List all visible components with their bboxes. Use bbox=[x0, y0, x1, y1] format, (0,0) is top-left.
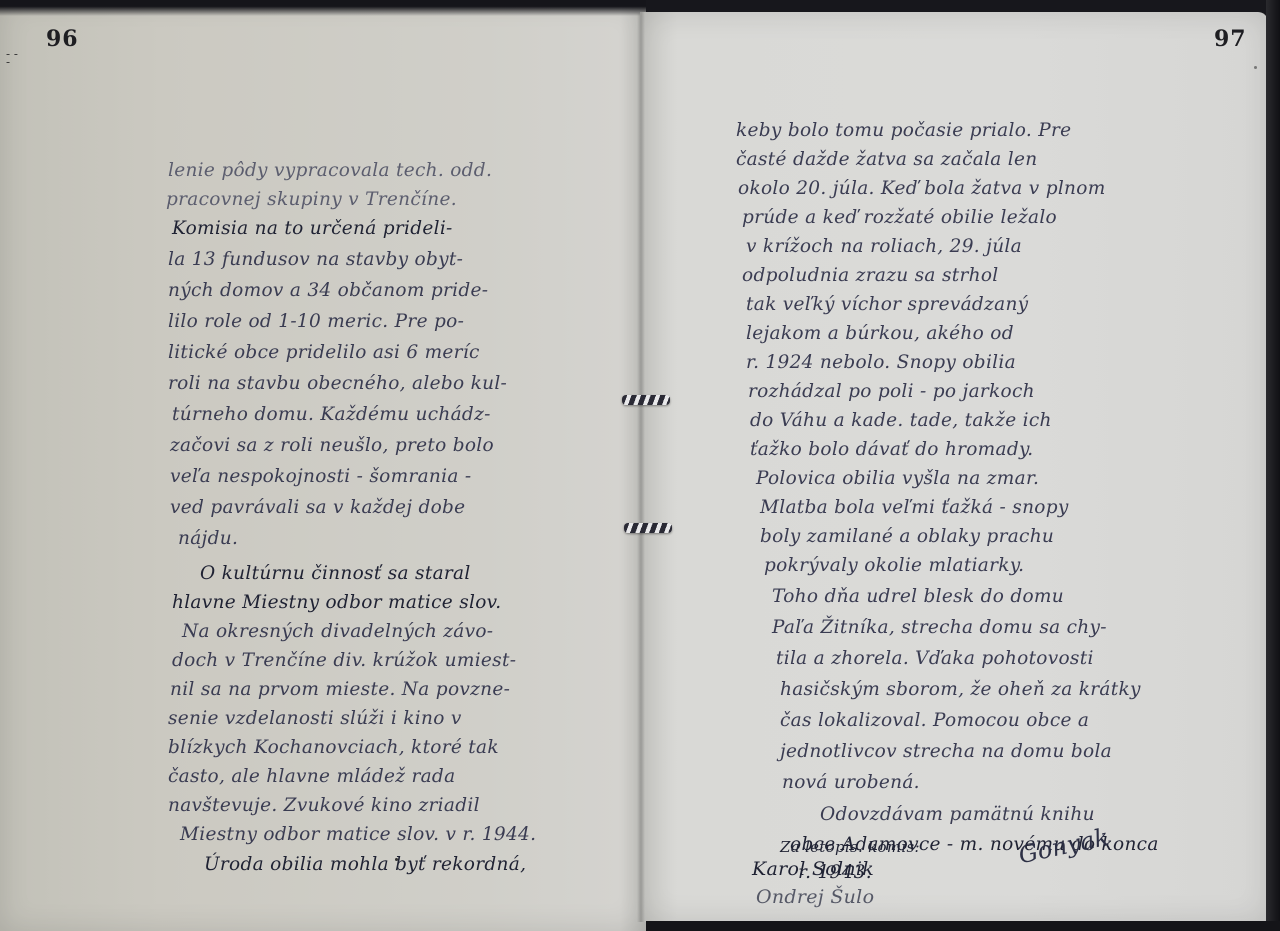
handwritten-line: ved pavrávali sa v každej dobe bbox=[170, 497, 465, 518]
handwritten-line: okolo 20. júla. Keď bola žatva v plnom bbox=[738, 178, 1106, 199]
handwritten-line: senie vzdelanosti slúži i kino v bbox=[168, 708, 462, 729]
handwritten-line: pokrývaly okolie mlatiarky. bbox=[764, 555, 1024, 576]
page-number-left: 96 bbox=[46, 26, 79, 52]
binding-stitch bbox=[622, 395, 670, 405]
handwritten-line: nájdu. bbox=[178, 528, 238, 549]
handwritten-line: lejakom a búrkou, akého od bbox=[746, 323, 1014, 344]
handwritten-line: Mlatba bola veľmi ťažká - snopy bbox=[760, 497, 1069, 518]
book-gutter bbox=[637, 12, 645, 922]
handwritten-line: boly zamilané a oblaky prachu bbox=[760, 526, 1054, 547]
handwritten-line: veľa nespokojnosti - šomrania - bbox=[170, 466, 471, 487]
handwritten-line: ných domov a 34 občanom pride- bbox=[168, 280, 488, 301]
handwritten-line: túrneho domu. Každému uchádz- bbox=[172, 404, 491, 425]
handwritten-line: la 13 fundusov na stavby obyt- bbox=[168, 249, 463, 270]
handwritten-line: Komisia na to určená prideli- bbox=[172, 218, 453, 239]
right-edge-shadow bbox=[1266, 0, 1280, 931]
handwritten-line: rozhádzal po poli - po jarkoch bbox=[748, 381, 1035, 402]
handwritten-line: lenie pôdy vypracovala tech. odd. bbox=[168, 160, 492, 181]
handwritten-line: doch v Trenčíne div. krúžok umiest- bbox=[172, 650, 516, 671]
handwritten-line: nil sa na prvom mieste. Na povzne- bbox=[170, 679, 510, 700]
handwritten-line: časté dažde žatva sa začala len bbox=[736, 149, 1038, 170]
handwritten-line: do Váhu a kade. tade, takže ich bbox=[750, 410, 1052, 431]
handwritten-line: roli na stavbu obecného, alebo kul- bbox=[168, 373, 507, 394]
handwritten-line: Na okresných divadelných závo- bbox=[182, 621, 493, 642]
handwritten-line: ťažko bolo dávať do hromady. bbox=[750, 439, 1033, 460]
handwritten-line: jednotlivcov strecha na domu bola bbox=[780, 741, 1112, 762]
handwritten-line: litické obce pridelilo asi 6 meríc bbox=[168, 342, 480, 363]
handwritten-line: v krížoch na roliach, 29. júla bbox=[746, 236, 1022, 257]
handwritten-line: blízkych Kochanovciach, ktoré tak bbox=[168, 737, 499, 758]
signature-name-2: Ondrej Šulo bbox=[756, 886, 874, 908]
handwritten-line: O kultúrnu činnosť sa staral bbox=[200, 563, 471, 584]
handwritten-line: Polovica obilia vyšla na zmar. bbox=[756, 468, 1039, 489]
handwritten-line: začovi sa z roli neušlo, preto bolo bbox=[170, 435, 494, 456]
handwritten-line: nová urobená. bbox=[782, 772, 920, 793]
handwritten-line: Odovzdávam pamätnú knihu bbox=[820, 804, 1095, 825]
handwritten-line: prúde a keď rozžaté obilie ležalo bbox=[742, 207, 1057, 228]
handwritten-line: čas lokalizoval. Pomocou obce a bbox=[780, 710, 1089, 731]
handwritten-line: Miestny odbor matice slov. v r. 1944. bbox=[180, 824, 536, 845]
handwritten-line: lilo role od 1-10 meric. Pre po- bbox=[168, 311, 464, 332]
top-edge-shadow bbox=[0, 0, 646, 16]
handwritten-line: Paľa Žitníka, strecha domu sa chy- bbox=[772, 617, 1107, 638]
margin-mark: - -- bbox=[6, 50, 20, 66]
ink-speck bbox=[395, 858, 398, 861]
handwritten-line: často, ale hlavne mládež rada bbox=[168, 766, 455, 787]
bottom-edge-shadow bbox=[646, 921, 1280, 931]
signature-name-1: Karol Solnik bbox=[752, 858, 874, 880]
handwritten-line: pracovnej skupiny v Trenčíne. bbox=[166, 189, 457, 210]
page-number-right: 97 bbox=[1214, 26, 1247, 52]
handwritten-line: Toho dňa udrel blesk do domu bbox=[772, 586, 1064, 607]
handwritten-line: tak veľký víchor sprevádzaný bbox=[746, 294, 1028, 315]
handwritten-line: tila a zhorela. Vďaka pohotovosti bbox=[776, 648, 1094, 669]
handwritten-line: r. 1924 nebolo. Snopy obilia bbox=[746, 352, 1016, 373]
handwritten-line: hlavne Miestny odbor matice slov. bbox=[172, 592, 501, 613]
chronicle-committee-label: Za letopis. komis: bbox=[780, 838, 920, 856]
handwritten-line: navštevuje. Zvukové kino zriadil bbox=[168, 795, 480, 816]
handwritten-line: hasičským sborom, že oheň za krátky bbox=[780, 679, 1141, 700]
handwritten-line: keby bolo tomu počasie prialo. Pre bbox=[736, 120, 1071, 141]
binding-stitch bbox=[624, 523, 672, 533]
handwritten-line: Úroda obilia mohla byť rekordná, bbox=[204, 854, 526, 875]
handwritten-line: odpoludnia zrazu sa strhol bbox=[742, 265, 998, 286]
ink-speck bbox=[1254, 66, 1257, 69]
